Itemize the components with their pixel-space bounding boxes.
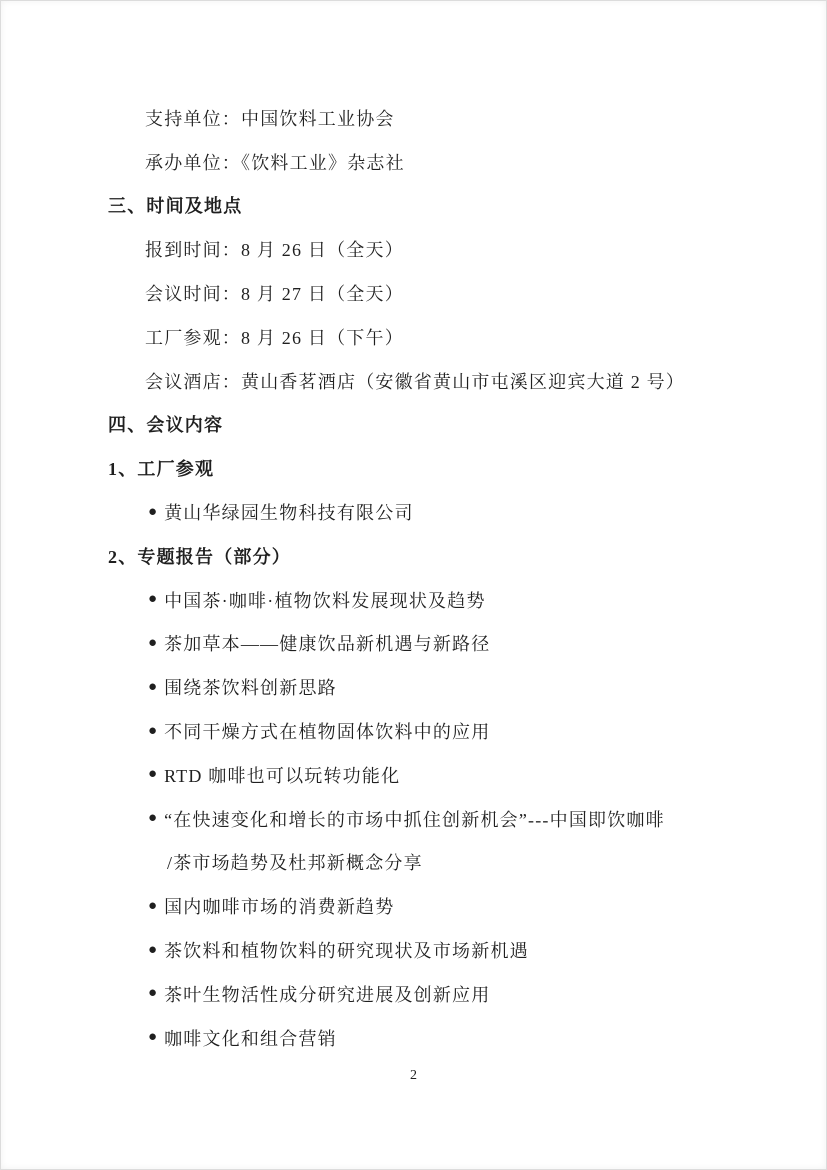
doc-line-1-body: 承办单位：《饮料工业》杂志社: [0, 140, 827, 184]
line-text: 承办单位：《饮料工业》杂志社: [145, 149, 405, 175]
doc-line-15-bullet: ● RTD 咖啡也可以玩转功能化: [0, 753, 827, 797]
line-text: 报到时间：8 月 26 日（全天）: [145, 236, 404, 262]
doc-line-8-heading: 1、工厂参观: [0, 446, 827, 490]
line-text: 支持单位：中国饮料工业协会: [145, 105, 395, 131]
doc-line-6-body: 会议酒店：黄山香茗酒店（安徽省黄山市屯溪区迎宾大道 2 号）: [0, 359, 827, 403]
bullet-icon: ●: [148, 592, 157, 607]
line-text: 1、工厂参观: [108, 455, 214, 481]
bullet-icon: ●: [148, 1030, 157, 1045]
line-text: 茶饮料和植物饮料的研究现状及市场新机遇: [164, 937, 529, 963]
bullet-icon: ●: [148, 899, 157, 914]
doc-line-2-heading: 三、时间及地点: [0, 184, 827, 228]
line-text: 围绕茶饮料创新思路: [164, 674, 337, 700]
doc-line-10-heading: 2、专题报告（部分）: [0, 534, 827, 578]
doc-line-17-continuation: /茶市场趋势及杜邦新概念分享: [0, 841, 827, 885]
doc-line-19-bullet: ● 茶饮料和植物饮料的研究现状及市场新机遇: [0, 928, 827, 972]
doc-line-18-bullet: ● 国内咖啡市场的消费新趋势: [0, 884, 827, 928]
doc-line-3-body: 报到时间：8 月 26 日（全天）: [0, 227, 827, 271]
line-text: 不同干燥方式在植物固体饮料中的应用: [164, 718, 490, 744]
bullet-icon: ●: [148, 943, 157, 958]
doc-line-4-body: 会议时间：8 月 27 日（全天）: [0, 271, 827, 315]
line-text: RTD 咖啡也可以玩转功能化: [164, 762, 400, 788]
line-text: 国内咖啡市场的消费新趋势: [164, 893, 394, 919]
line-text: 三、时间及地点: [108, 192, 242, 218]
page-number: 2: [0, 1068, 827, 1084]
bullet-icon: ●: [148, 505, 157, 520]
bullet-icon: ●: [148, 724, 157, 739]
doc-line-12-bullet: ● 茶加草本——健康饮品新机遇与新路径: [0, 622, 827, 666]
document-page: 支持单位：中国饮料工业协会 承办单位：《饮料工业》杂志社 三、时间及地点 报到时…: [0, 0, 827, 1170]
bullet-icon: ●: [148, 767, 157, 782]
doc-line-14-bullet: ● 不同干燥方式在植物固体饮料中的应用: [0, 709, 827, 753]
line-text: 四、会议内容: [108, 411, 223, 437]
bullet-icon: ●: [148, 636, 157, 651]
doc-line-0-body: 支持单位：中国饮料工业协会: [0, 96, 827, 140]
doc-line-16-bullet: ● “在快速变化和增长的市场中抓住创新机会”---中国即饮咖啡: [0, 797, 827, 841]
bullet-icon: ●: [148, 986, 157, 1001]
line-text: 2、专题报告（部分）: [108, 543, 291, 569]
line-text: “在快速变化和增长的市场中抓住创新机会”---中国即饮咖啡: [164, 806, 665, 832]
line-text: 茶加草本——健康饮品新机遇与新路径: [164, 630, 490, 656]
line-text: 咖啡文化和组合营销: [164, 1025, 337, 1051]
doc-line-7-heading: 四、会议内容: [0, 403, 827, 447]
bullet-icon: ●: [148, 811, 157, 826]
line-text: 工厂参观：8 月 26 日（下午）: [145, 324, 404, 350]
line-text: /茶市场趋势及杜邦新概念分享: [167, 849, 423, 875]
line-text: 会议时间：8 月 27 日（全天）: [145, 280, 404, 306]
line-text: 黄山华绿园生物科技有限公司: [164, 499, 414, 525]
line-text: 中国茶·咖啡·植物饮料发展现状及趋势: [164, 587, 486, 613]
doc-line-13-bullet: ● 围绕茶饮料创新思路: [0, 665, 827, 709]
doc-line-21-bullet: ● 咖啡文化和组合营销: [0, 1016, 827, 1060]
doc-line-9-bullet: ● 黄山华绿园生物科技有限公司: [0, 490, 827, 534]
doc-line-5-body: 工厂参观：8 月 26 日（下午）: [0, 315, 827, 359]
doc-line-20-bullet: ● 茶叶生物活性成分研究进展及创新应用: [0, 972, 827, 1016]
bullet-icon: ●: [148, 680, 157, 695]
doc-line-11-bullet: ● 中国茶·咖啡·植物饮料发展现状及趋势: [0, 578, 827, 622]
page-content: 支持单位：中国饮料工业协会 承办单位：《饮料工业》杂志社 三、时间及地点 报到时…: [0, 0, 827, 1060]
line-text: 茶叶生物活性成分研究进展及创新应用: [164, 981, 490, 1007]
line-text: 会议酒店：黄山香茗酒店（安徽省黄山市屯溪区迎宾大道 2 号）: [145, 368, 685, 394]
